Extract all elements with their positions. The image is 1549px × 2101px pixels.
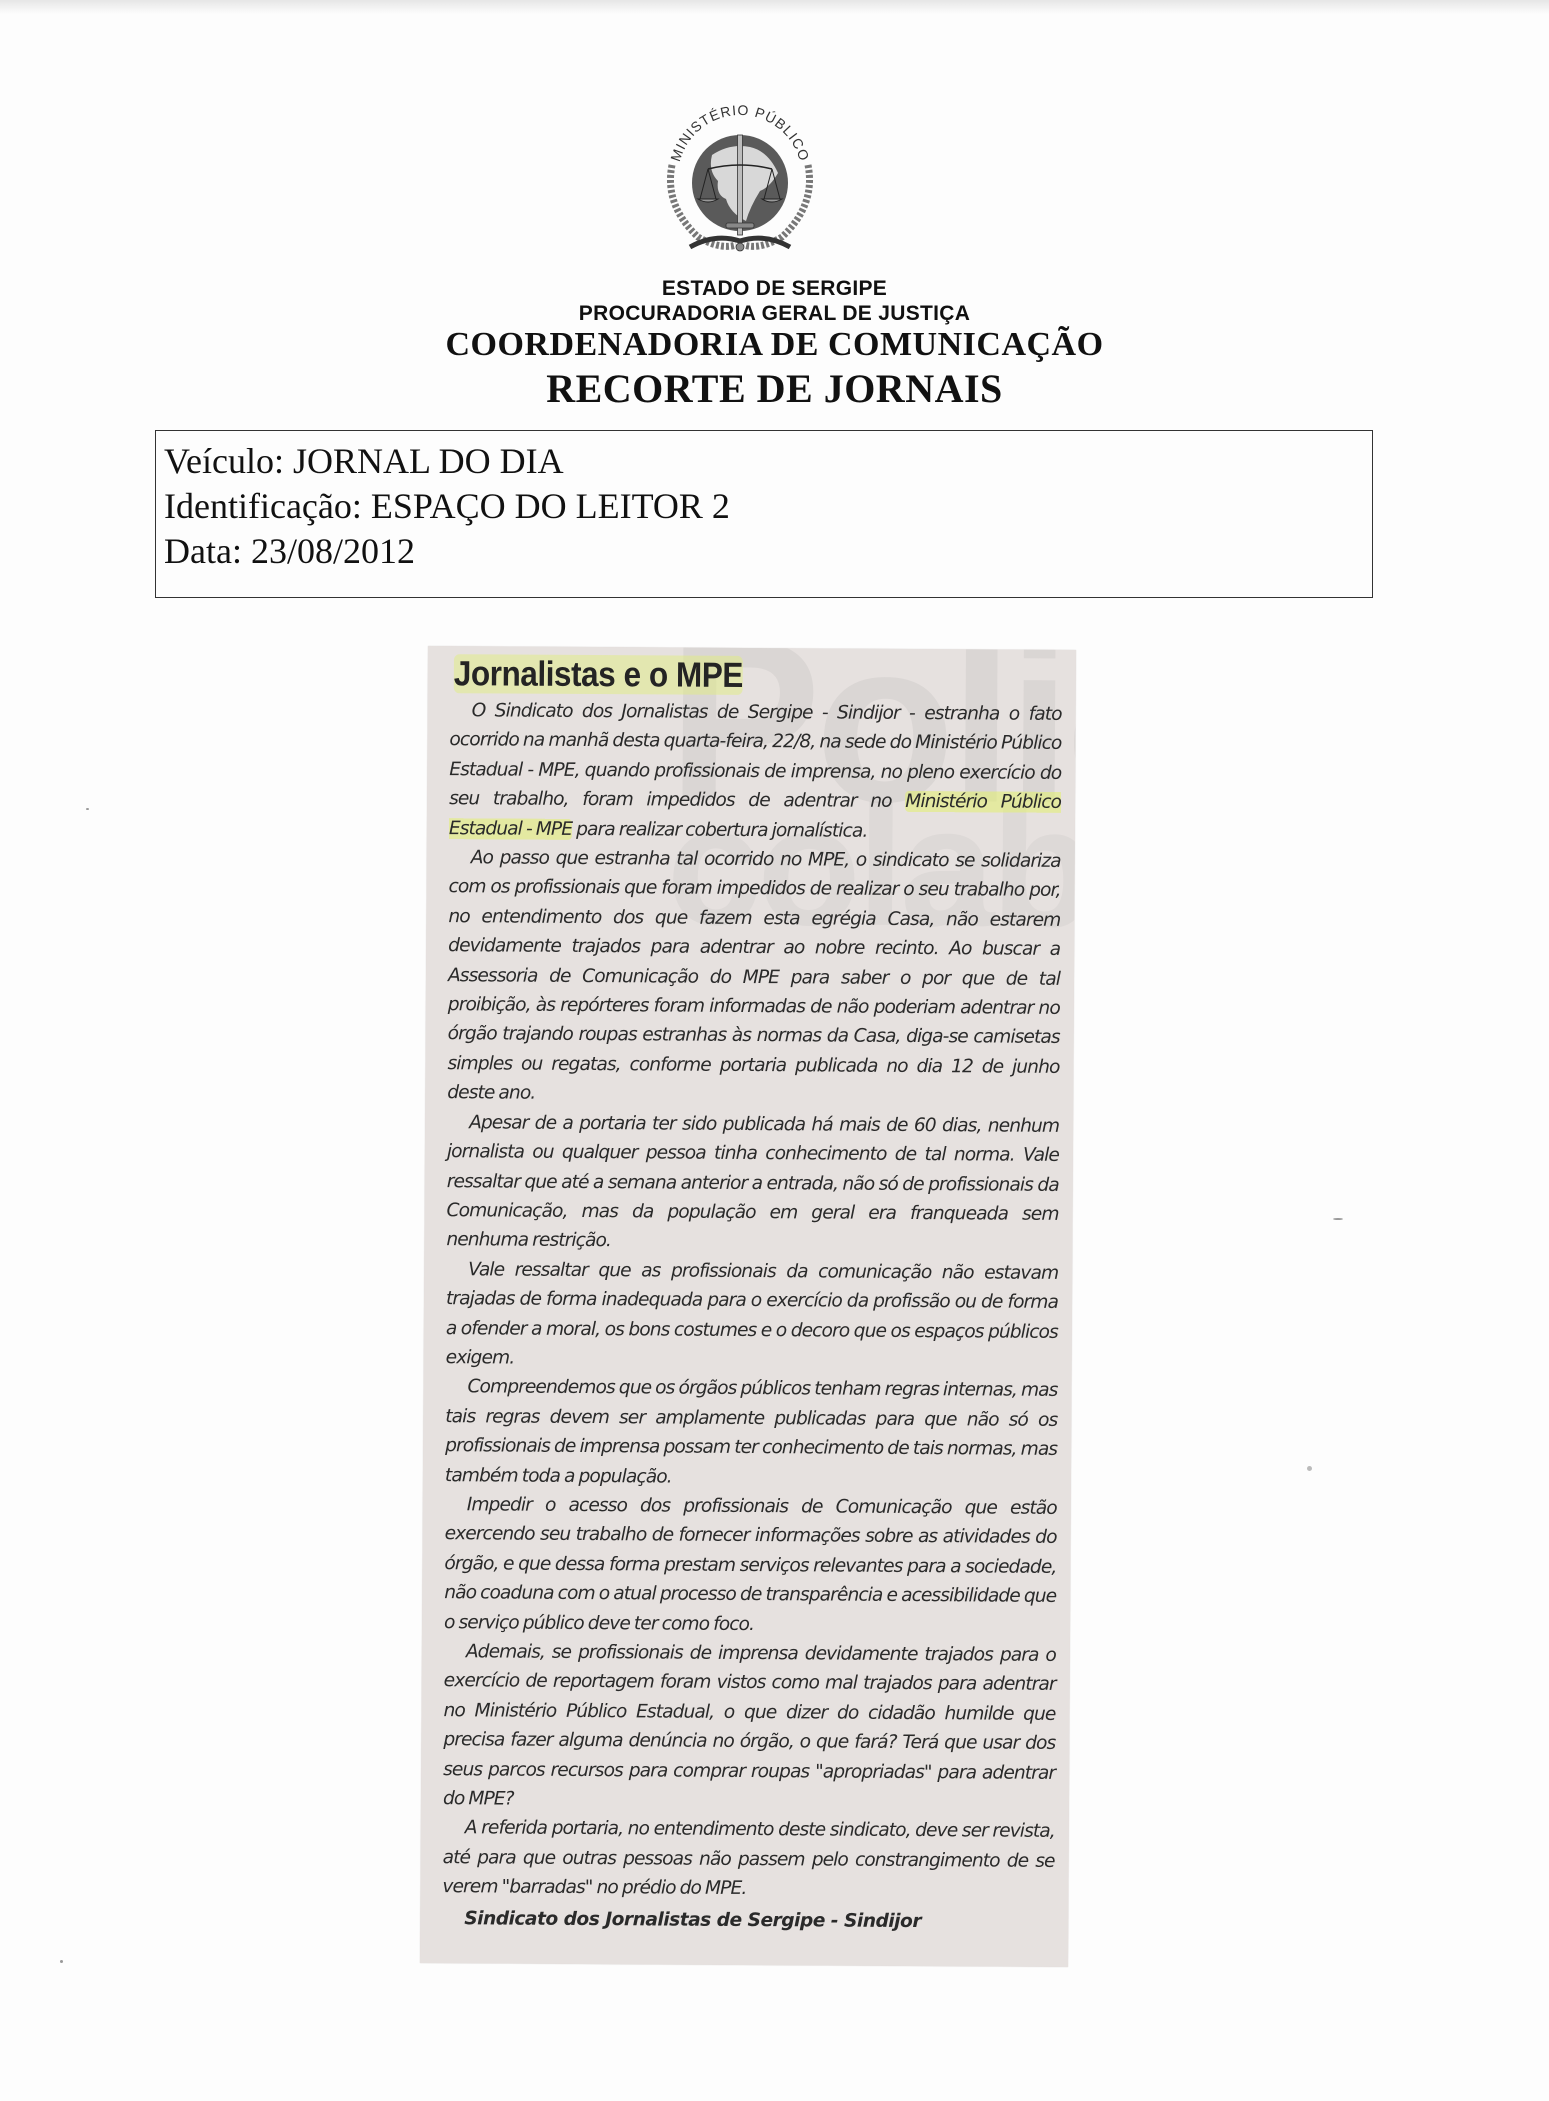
article-title: Jornalistas e o MPE xyxy=(454,652,1001,699)
clipping-info-box: Veículo: JORNAL DO DIA Identificação: ES… xyxy=(155,430,1373,598)
header-office: PROCURADORIA GERAL DE JUSTIÇA xyxy=(0,302,1549,326)
article-signature: Sindicato dos Jornalistas de Sergipe - S… xyxy=(464,1904,1054,1938)
article-paragraph: Compreendemos que os órgãos públicos ten… xyxy=(445,1372,1058,1493)
article-paragraph: Apesar de a portaria ter sido publicada … xyxy=(446,1108,1059,1259)
scan-speck xyxy=(60,1960,63,1963)
ministerio-publico-seal-icon: MINISTÉRIO PÚBLICO xyxy=(650,95,830,265)
identification-field: Identificação: ESPAÇO DO LEITOR 2 xyxy=(164,484,1372,529)
vehicle-field: Veículo: JORNAL DO DIA xyxy=(164,439,1372,484)
newspaper-clipping: Polic colab Jornalistas e o MPE O Sindic… xyxy=(420,646,1076,1967)
scan-edge-shade xyxy=(0,0,1549,14)
header-department: COORDENADORIA DE COMUNICAÇÃO xyxy=(0,326,1549,364)
paragraph-text: para realizar cobertura jornalística. xyxy=(572,819,867,842)
date-field: Data: 23/08/2012 xyxy=(164,529,1372,574)
article-paragraph: O Sindicato dos Jornalistas de Sergipe -… xyxy=(449,696,1062,847)
article-title-text: Jornalistas e o MPE xyxy=(454,654,743,695)
scan-speck xyxy=(86,808,89,810)
article-paragraph: Ademais, se profissionais de imprensa de… xyxy=(443,1637,1056,1817)
seal-graphic: MINISTÉRIO PÚBLICO xyxy=(650,95,830,265)
article-paragraph: Ao passo que estranha tal ocorrido no MP… xyxy=(447,843,1061,1111)
header-state: ESTADO DE SERGIPE xyxy=(0,277,1549,301)
article-paragraph: A referida portaria, no entendimento des… xyxy=(442,1814,1055,1906)
scan-speck xyxy=(1333,1218,1343,1220)
article: Jornalistas e o MPE O Sindicato dos Jorn… xyxy=(442,652,1062,1937)
article-paragraph: Vale ressaltar que as profissionais da c… xyxy=(446,1255,1059,1376)
page-title: RECORTE DE JORNAIS xyxy=(0,365,1549,412)
article-paragraph: Impedir o acesso dos profissionais de Co… xyxy=(444,1490,1057,1641)
scan-speck xyxy=(1307,1466,1312,1471)
